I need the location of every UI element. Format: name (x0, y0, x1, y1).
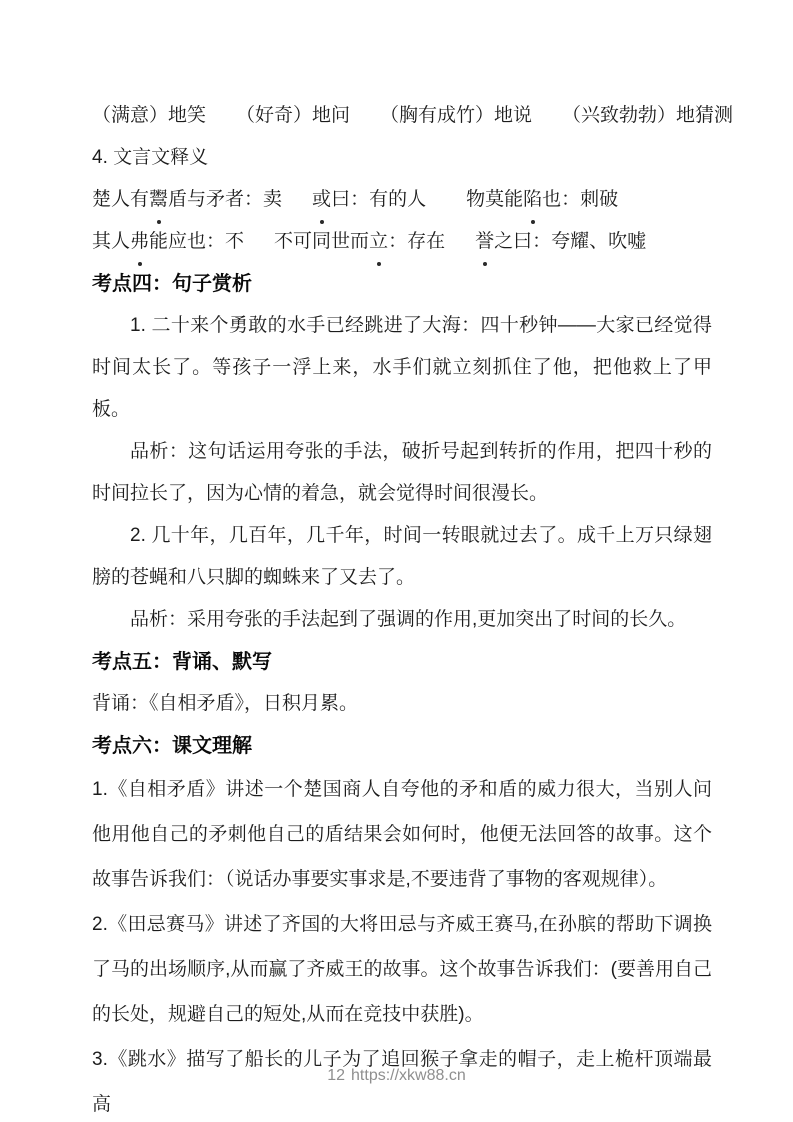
adverb-phrase: （胸有成竹）地说 (380, 105, 532, 126)
gloss-text: 也：刺破 (542, 189, 618, 210)
gloss-text: 之曰：夸耀、吹嘘 (494, 231, 646, 252)
adverb-phrases-line: （满意）地笑（好奇）地问（胸有成竹）地说（兴致勃勃）地猜测 (92, 95, 712, 137)
document-page: （满意）地笑（好奇）地问（胸有成竹）地说（兴致勃勃）地猜测 4. 文言文释义 楚… (0, 0, 793, 1122)
heading-kaodian-4: 考点四：句子赏析 (92, 263, 712, 305)
emphasized-char: 誉 (475, 221, 494, 263)
kaodian4-analysis-2: 品析：采用夸张的手法起到了强调的作用,更加突出了时间的长久。 (92, 599, 712, 641)
adverb-phrase: （满意）地笑 (92, 105, 206, 126)
kaodian4-analysis-1: 品析：这句话运用夸张的手法，破折号起到转折的作用，把四十秒的时间拉长了，因为心情… (92, 431, 712, 515)
gloss-text: 其人 (92, 231, 130, 252)
gloss-text: 盾与矛者：卖 (168, 189, 282, 210)
footer-url: https://xkw88.cn (351, 1067, 466, 1084)
adverb-phrase: （兴致勃勃）地猜测 (562, 105, 733, 126)
gloss-text: 能应也：不 (149, 231, 244, 252)
kaodian6-item-2: 2.《田忌赛马》讲述了齐国的大将田忌与齐威王赛马,在孙膑的帮助下调换了马的出场顺… (92, 902, 712, 1037)
heading-kaodian-5: 考点五：背诵、默写 (92, 641, 712, 683)
kaodian4-sentence-1: 1. 二十来个勇敢的水手已经跳进了大海：四十秒钟——大家已经觉得时间太长了。等孩… (92, 305, 712, 431)
classical-gloss-line-1: 楚人有鬻盾与矛者：卖或曰：有的人物莫能陷也：刺破 (92, 179, 712, 221)
adverb-phrase: （好奇）地问 (236, 105, 350, 126)
gloss-text: 曰：有的人 (331, 189, 426, 210)
document-content: （满意）地笑（好奇）地问（胸有成竹）地说（兴致勃勃）地猜测 4. 文言文释义 楚… (92, 95, 712, 1122)
emphasized-char: 陷 (523, 179, 542, 221)
emphasized-char: 弗 (130, 221, 149, 263)
classical-gloss-line-2: 其人弗能应也：不不可同世而立：存在誉之曰：夸耀、吹嘘 (92, 221, 712, 263)
emphasized-char: 鬻 (149, 179, 168, 221)
emphasized-char: 或 (312, 179, 331, 221)
emphasized-char: 立 (369, 221, 388, 263)
heading-kaodian-6: 考点六：课文理解 (92, 725, 712, 767)
gloss-text: 不可同世而 (274, 231, 369, 252)
gloss-text: 楚人有 (92, 189, 149, 210)
page-footer: 12https://xkw88.cn (0, 1064, 793, 1088)
page-number: 12 (327, 1067, 345, 1084)
kaodian6-item-1: 1.《自相矛盾》讲述一个楚国商人自夸他的矛和盾的威力很大，当别人问他用他自己的矛… (92, 767, 712, 902)
section-4-title: 4. 文言文释义 (92, 137, 712, 179)
gloss-text: ：存在 (388, 231, 445, 252)
kaodian4-sentence-2: 2. 几十年，几百年，几千年，时间一转眼就过去了。成千上万只绿翅膀的苍蝇和八只脚… (92, 515, 712, 599)
gloss-text: 物莫能 (466, 189, 523, 210)
kaodian5-body: 背诵：《自相矛盾》，日积月累。 (92, 683, 712, 725)
